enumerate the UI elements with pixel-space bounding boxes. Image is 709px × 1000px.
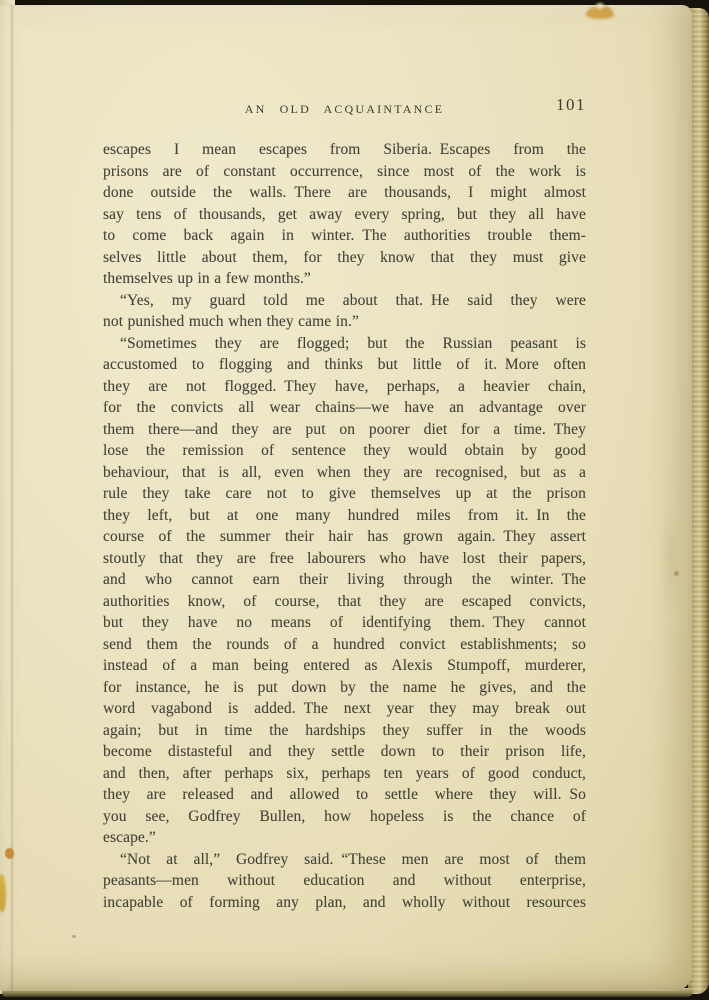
text-line: themselves up in a few months.”: [103, 268, 586, 290]
text-line: peasants—men without education and witho…: [103, 870, 586, 892]
text-line: for the convicts all wear chains—we have…: [103, 397, 586, 419]
text-line: instead of a man being entered as Alexis…: [103, 655, 586, 677]
text-line: behaviour, that is all, even when they a…: [103, 462, 586, 484]
text-line: become distasteful and they settle down …: [103, 741, 586, 763]
page-left-crease: [10, 5, 14, 991]
text-line: they are not flogged. They have, perhaps…: [103, 376, 586, 398]
text-line: you see, Godfrey Bullen, how hopeless is…: [103, 806, 586, 828]
paper-speck: [674, 571, 679, 576]
text-line: them there—and they are put on poorer di…: [103, 419, 586, 441]
text-line: but they have no means of identifying th…: [103, 612, 586, 634]
text-line: again; but in time the hardships they su…: [103, 720, 586, 742]
text-line: incapable of forming any plan, and wholl…: [103, 892, 586, 914]
paper-stain: [658, 503, 682, 615]
text-line: word vagabond is added. The next year th…: [103, 698, 586, 720]
text-line: stoutly that they are free labourers who…: [103, 548, 586, 570]
paragraph: “Not at all,” Godfrey said. “These men a…: [103, 849, 586, 914]
text-line: accustomed to flogging and thinks but li…: [103, 354, 586, 376]
text-line: for instance, he is put down by the name…: [103, 677, 586, 699]
paper-speck: [72, 935, 76, 938]
paper-stain: [5, 848, 14, 859]
text-line: authorities know, of course, that they a…: [103, 591, 586, 613]
text-line: rule they take care not to give themselv…: [103, 483, 586, 505]
paper-stain: [0, 874, 6, 912]
text-line: “Not at all,” Godfrey said. “These men a…: [103, 849, 586, 871]
paragraph: “Sometimes they are flogged; but the Rus…: [103, 333, 586, 849]
text-line: they are released and allowed to settle …: [103, 784, 586, 806]
text-line: done outside the walls. There are thousa…: [103, 182, 586, 204]
paragraph: “Yes, my guard told me about that. He sa…: [103, 290, 586, 333]
text-line: say tens of thousands, get away every sp…: [103, 204, 586, 226]
page-header: AN OLD ACQUAINTANCE 101: [103, 97, 586, 119]
page-number: 101: [556, 95, 586, 115]
text-line: and then, after perhaps six, perhaps ten…: [103, 763, 586, 785]
text-line: and who cannot earn their living through…: [103, 569, 586, 591]
text-line: to come back again in winter. The author…: [103, 225, 586, 247]
running-header-title: AN OLD ACQUAINTANCE: [245, 102, 445, 117]
text-line: they left, but at one many hundred miles…: [103, 505, 586, 527]
page-body-text: escapes I mean escapes from Siberia. Esc…: [103, 139, 586, 913]
text-line: prisons are of constant occurrence, sinc…: [103, 161, 586, 183]
book-page: AN OLD ACQUAINTANCE 101 escapes I mean e…: [0, 5, 692, 991]
text-line: lose the remission of sentence they woul…: [103, 440, 586, 462]
paper-stain: [586, 6, 614, 19]
paragraph: escapes I mean escapes from Siberia. Esc…: [103, 139, 586, 290]
book-scan: AN OLD ACQUAINTANCE 101 escapes I mean e…: [0, 0, 709, 1000]
text-line: selves little about them, for they know …: [103, 247, 586, 269]
text-line: escape.”: [103, 827, 586, 849]
text-line: escapes I mean escapes from Siberia. Esc…: [103, 139, 586, 161]
text-line: “Yes, my guard told me about that. He sa…: [103, 290, 586, 312]
text-line: send them the rounds of a hundred convic…: [103, 634, 586, 656]
text-line: “Sometimes they are flogged; but the Rus…: [103, 333, 586, 355]
text-line: not punished much when they came in.”: [103, 311, 586, 333]
text-line: course of the summer their hair has grow…: [103, 526, 586, 548]
